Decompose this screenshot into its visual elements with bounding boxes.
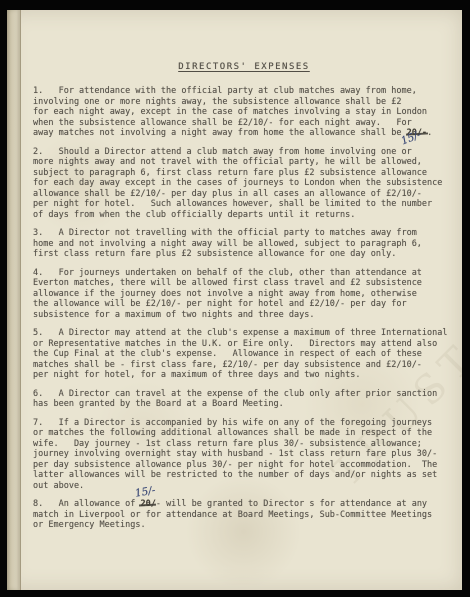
document-title: DIRECTORS' EXPENSES xyxy=(33,62,455,72)
paragraph-4: 4. For journeys undertaken on behalf of … xyxy=(33,268,462,321)
paragraph-8-text: 8. An allowance of xyxy=(33,499,140,509)
document-page: TRUST DIRECTORS' EXPENSES 1. For attenda… xyxy=(7,10,462,590)
document-content: DIRECTORS' EXPENSES 1. For attendance wi… xyxy=(7,10,462,531)
paragraph-6: 6. A Director can travel at the expense … xyxy=(33,389,462,410)
paragraph-5: 5. A Director may attend at the club's e… xyxy=(33,328,462,381)
handwritten-amendment-paragraph-8: 15/- xyxy=(134,485,156,499)
paragraph-3: 3. A Director not travelling with the of… xyxy=(33,228,462,260)
paragraph-7: 7. If a Director is accompanied by his w… xyxy=(33,418,462,492)
paragraph-1: 1. For attendance with the official part… xyxy=(33,86,462,139)
struck-amount-paragraph-8: 20/ xyxy=(140,499,155,509)
paragraph-1-text: 1. For attendance with the official part… xyxy=(33,86,427,138)
paragraph-8: 8. An allowance of 20/- will be granted … xyxy=(33,499,462,531)
scanned-document: TRUST DIRECTORS' EXPENSES 1. For attenda… xyxy=(0,0,470,597)
paragraph-2: 2. Should a Director attend a club match… xyxy=(33,147,462,221)
